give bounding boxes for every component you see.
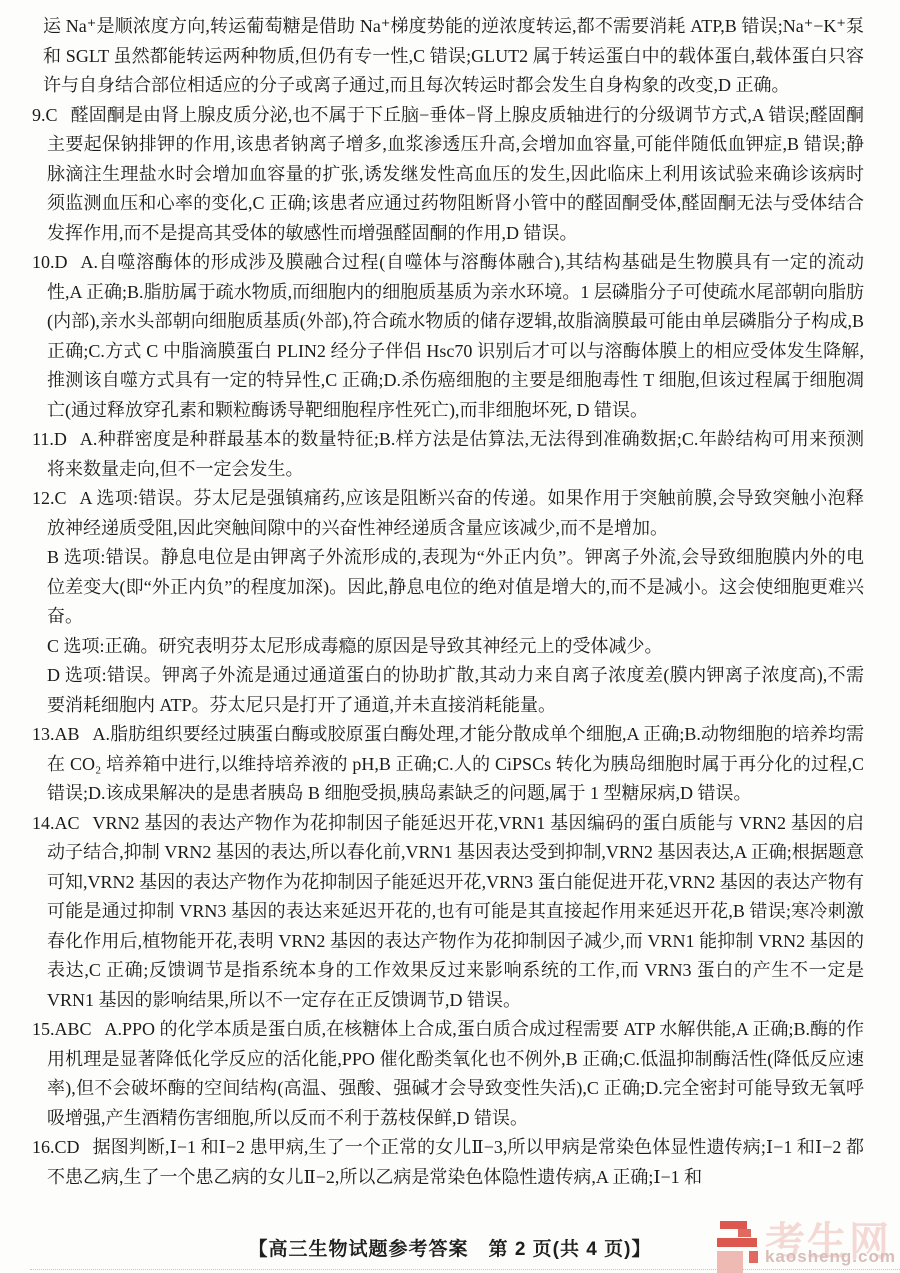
answer-item-15: 15.ABCA.PPO 的化学本质是蛋白质,在核糖体上合成,蛋白质合成过程需要 … [32,1015,864,1133]
answer-item-11: 11.DA.种群密度是种群最基本的数量特征;B.样方法是估算法,无法得到准确数据… [32,425,864,484]
answer-item-16: 16.CD据图判断,Ⅰ−1 和Ⅰ−2 患甲病,生了一个正常的女儿Ⅱ−3,所以甲病… [32,1133,864,1192]
answer-text: 据图判断,Ⅰ−1 和Ⅰ−2 患甲病,生了一个正常的女儿Ⅱ−3,所以甲病是常染色体… [47,1137,864,1187]
answer-number-label: 9.C [32,105,58,125]
answer-number-label: 12.C [32,488,67,508]
answer-item-10: 10.DA.自噬溶酶体的形成涉及膜融合过程(自噬体与溶酶体融合),其结构基础是生… [32,248,864,425]
answer-item-9: 9.C醛固酮是由肾上腺皮质分泌,也不属于下丘脑−垂体−肾上腺皮质轴进行的分级调节… [32,101,864,249]
footer-text: 【高三生物试题参考答案 第 2 页(共 4 页)】 [249,1239,652,1260]
answer-text: C 选项:正确。研究表明芬太尼形成毒瘾的原因是导致其神经元上的受体减少。 [47,636,663,656]
answer-item-continuation: 运 Na⁺是顺浓度方向,转运葡萄糖是借助 Na⁺梯度势能的逆浓度转运,都不需要消… [32,12,864,101]
answers-list: 运 Na⁺是顺浓度方向,转运葡萄糖是借助 Na⁺梯度势能的逆浓度转运,都不需要消… [0,0,900,1192]
answer-text: A 选项:错误。芬太尼是强镇痛药,应该是阻断兴奋的传递。如果作用于突触前膜,会导… [47,488,864,538]
answer-text: A.自噬溶酶体的形成涉及膜融合过程(自噬体与溶酶体融合),其结构基础是生物膜具有… [47,252,864,420]
answer-text: 醛固酮是由肾上腺皮质分泌,也不属于下丘脑−垂体−肾上腺皮质轴进行的分级调节方式,… [47,105,864,243]
answer-number-label: 16.CD [32,1137,80,1157]
scanned-answer-page: 运 Na⁺是顺浓度方向,转运葡萄糖是借助 Na⁺梯度势能的逆浓度转运,都不需要消… [0,0,900,1273]
answer-item-14: 14.ACVRN2 基因的表达产物作为花抑制因子能延迟开花,VRN1 基因编码的… [32,809,864,1016]
answer-number-label: 10.D [32,252,68,272]
answer-text: B 选项:错误。静息电位是由钾离子外流形成的,表现为“外正内负”。钾离子外流,会… [47,547,864,626]
answer-text: A.PPO 的化学本质是蛋白质,在核糖体上合成,蛋白质合成过程需要 ATP 水解… [47,1019,864,1128]
answer-text: VRN2 基因的表达产物作为花抑制因子能延迟开花,VRN1 基因编码的蛋白质能与… [47,813,864,1010]
answer-number-label: 14.AC [32,813,80,833]
page-footer: 【高三生物试题参考答案 第 2 页(共 4 页)】 [0,1234,900,1261]
answer-item-13: 13.ABA.脂肪组织要经过胰蛋白酶或胶原蛋白酶处理,才能分散成单个细胞,A 正… [32,720,864,809]
answer-item-12-sub-paragraph: B 选项:错误。静息电位是由钾离子外流形成的,表现为“外正内负”。钾离子外流,会… [32,543,864,632]
answer-number-label: 13.AB [32,724,80,744]
answer-text: A.脂肪组织要经过胰蛋白酶或胶原蛋白酶处理,才能分散成单个细胞,A 正确;B.动… [47,724,864,803]
answer-item-12-sub-paragraph: C 选项:正确。研究表明芬太尼形成毒瘾的原因是导致其神经元上的受体减少。 [32,632,864,662]
answer-item-12: 12.CA 选项:错误。芬太尼是强镇痛药,应该是阻断兴奋的传递。如果作用于突触前… [32,484,864,543]
answer-number-label: 15.ABC [32,1019,92,1039]
answer-text: A.种群密度是种群最基本的数量特征;B.样方法是估算法,无法得到准确数据;C.年… [47,429,864,479]
bottom-divider [30,1269,900,1270]
answer-text: 运 Na⁺是顺浓度方向,转运葡萄糖是借助 Na⁺梯度势能的逆浓度转运,都不需要消… [43,16,864,95]
answer-number-label: 11.D [32,429,67,449]
answer-item-12-sub-paragraph: D 选项:错误。钾离子外流是通过通道蛋白的协助扩散,其动力来自离子浓度差(膜内钾… [32,661,864,720]
answer-text: D 选项:错误。钾离子外流是通过通道蛋白的协助扩散,其动力来自离子浓度差(膜内钾… [47,665,864,715]
